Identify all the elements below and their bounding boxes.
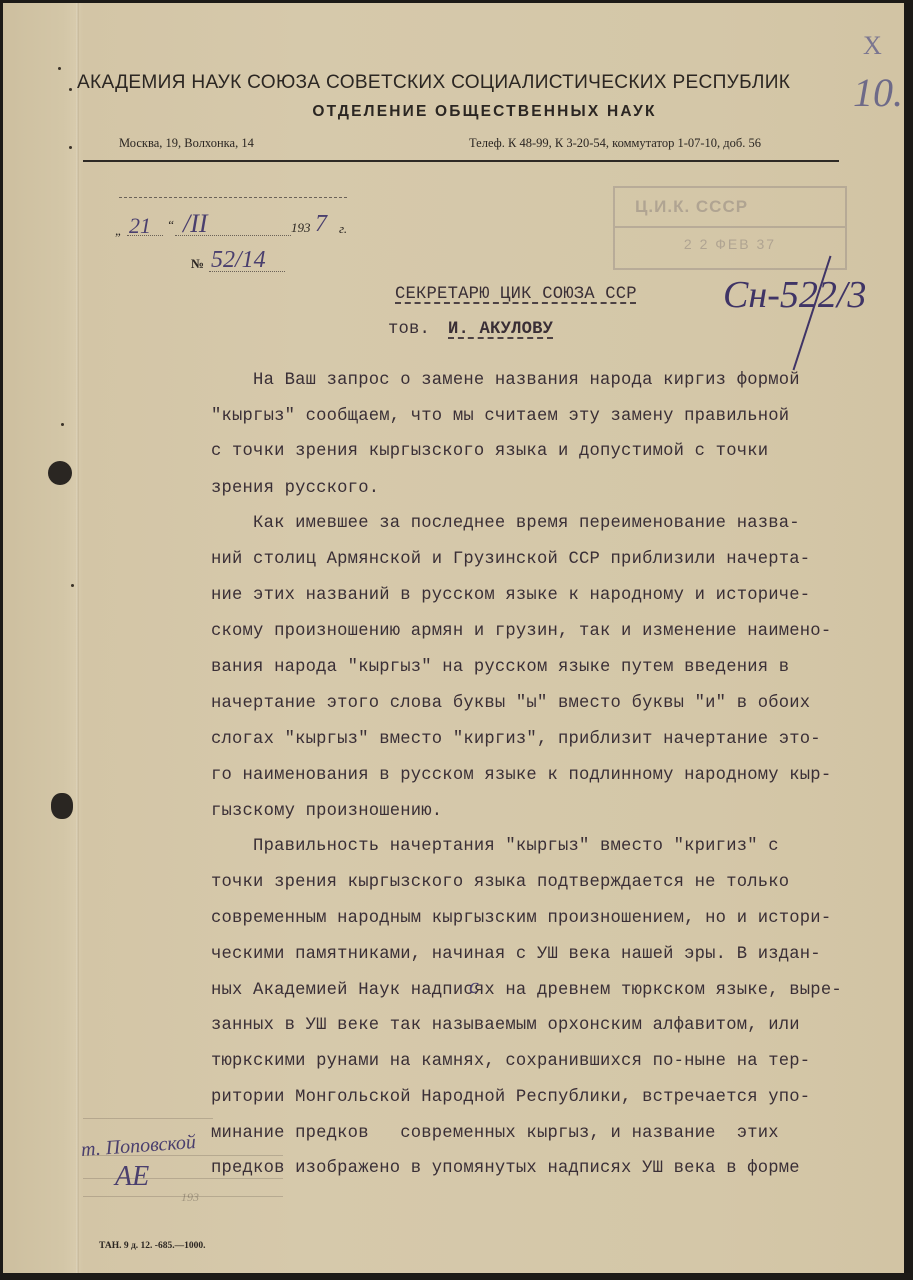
date-open-quote: „ <box>115 223 122 239</box>
handwritten-correction: с <box>469 973 479 999</box>
received-stamp: Ц.И.К. СССР 2 2 ФЕВ 37 <box>613 186 847 270</box>
body-line: ние этих названий в русском языке к наро… <box>211 586 810 605</box>
body-line: Правильность начертания "кыргыз" вместо … <box>211 837 779 856</box>
body-line: ритории Монгольской Народной Республики,… <box>211 1088 810 1107</box>
punch-hole-top <box>48 461 72 485</box>
date-year-label: г. <box>339 221 347 237</box>
date-top-rule <box>119 197 347 198</box>
letterhead-department: ОТДЕЛЕНИЕ ОБЩЕСТВЕННЫХ НАУК <box>3 103 910 121</box>
body-line: зрения русского. <box>211 479 379 498</box>
body-line: вания народа "кыргыз" на русском языке п… <box>211 658 789 677</box>
date-year-suffix: 7 <box>315 211 327 238</box>
sheet-number: 10. <box>853 69 903 116</box>
body-line: с точки зрения кыргызского языка и допус… <box>211 442 768 461</box>
letterhead-phone: Телеф. К 48-99, К 3-20-54, коммутатор 1-… <box>469 136 761 151</box>
body-line: "кыргыз" сообщаем, что мы считаем эту за… <box>211 407 789 426</box>
corner-mark: X <box>863 31 882 61</box>
registration-number: Сн-522/3 <box>723 273 866 317</box>
page-edge <box>904 3 910 1273</box>
body-line: минание предков современных кыргыз, и на… <box>211 1124 779 1143</box>
margin-note-name: т. Поповской <box>80 1131 196 1162</box>
letterhead-rule <box>83 160 839 162</box>
body-line: скому произношению армян и грузин, так и… <box>211 622 831 641</box>
body-line: гызскому произношению. <box>211 802 442 821</box>
paper-fold <box>76 3 79 1273</box>
body-line: занных в УШ веке так называемым орхонски… <box>211 1016 800 1035</box>
letterhead-address: Москва, 19, Волхонка, 14 <box>119 136 254 151</box>
faint-printed-year: 193 <box>181 1190 199 1205</box>
body-line: тюркскими рунами на камнях, сохранившихс… <box>211 1052 810 1071</box>
addressee-title: СЕКРЕТАРЮ ЦИК СОЮЗА ССР <box>395 285 637 304</box>
body-line: Как имевшее за последнее время переимено… <box>211 514 800 533</box>
body-line: слогах "кыргыз" вместо "киргиз", приблиз… <box>211 730 821 749</box>
stamp-date: 2 2 ФЕВ 37 <box>615 236 845 252</box>
body-line: современным народным кыргызским произнош… <box>211 909 831 928</box>
body-line: го наименования в русском языке к подлин… <box>211 766 831 785</box>
body-line: начертание этого слова буквы "ы" вместо … <box>211 694 810 713</box>
number-label: № <box>191 256 204 272</box>
body-line: ных Академией Наук надписях на древнем т… <box>211 981 842 1000</box>
document-number: 52/14 <box>211 247 266 274</box>
body-line: ний столиц Армянской и Грузинской ССР пр… <box>211 550 810 569</box>
date-year-prefix: 193 <box>291 220 311 236</box>
print-info: ТАН. 9 д. 12. -685.—1000. <box>99 1241 205 1251</box>
body-line: предков изображено в упомянутых надписях… <box>211 1159 800 1178</box>
addressee-name: И. АКУЛОВУ <box>448 320 553 339</box>
stamp-org: Ц.И.К. СССР <box>615 188 845 228</box>
punch-hole-bottom <box>51 793 73 819</box>
body-line: На Ваш запрос о замене названия народа к… <box>211 371 800 390</box>
body-line: ческими памятниками, начиная с УШ века н… <box>211 945 821 964</box>
document-page: АКАДЕМИЯ НАУК СОЮЗА СОВЕТСКИХ СОЦИАЛИСТИ… <box>3 3 910 1273</box>
letterhead-organization: АКАДЕМИЯ НАУК СОЮЗА СОВЕТСКИХ СОЦИАЛИСТИ… <box>77 71 828 94</box>
margin-note-initials: АЕ <box>115 1161 149 1193</box>
addressee-prefix: тов. <box>388 320 441 339</box>
body-line: точки зрения кыргызского языка подтвержд… <box>211 873 789 892</box>
